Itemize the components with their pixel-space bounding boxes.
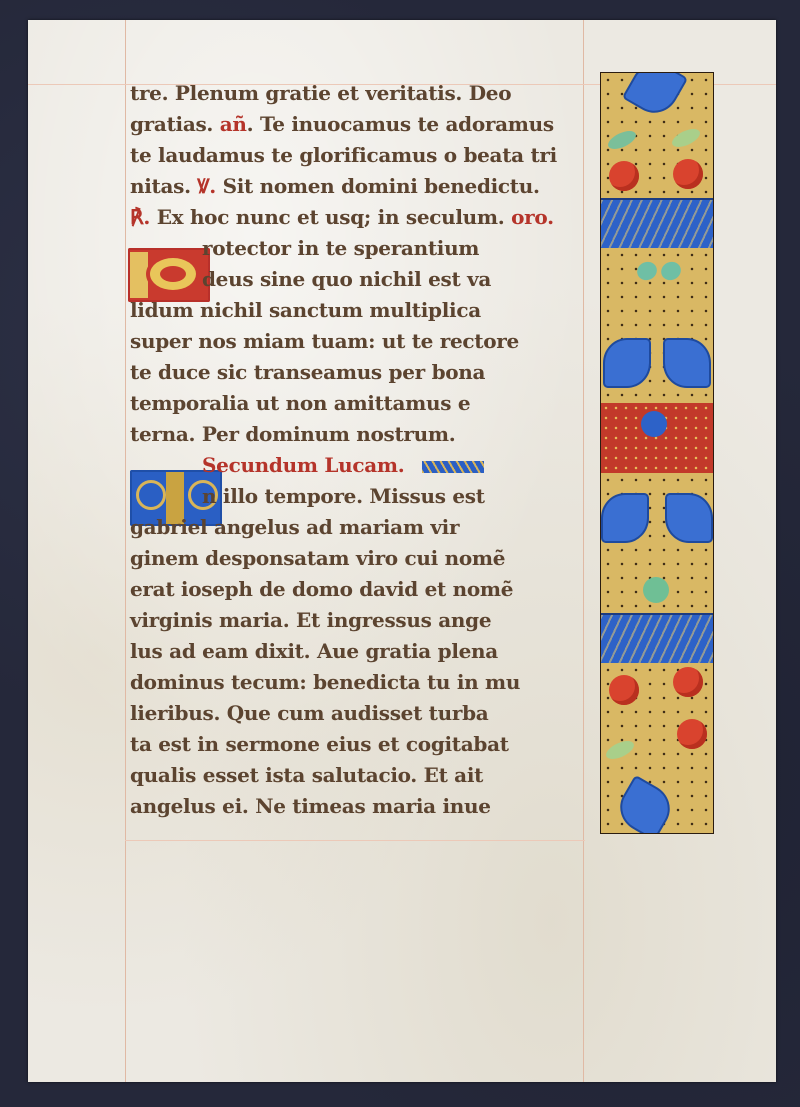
text-line: angelus ei. Ne timeas maria inue (130, 791, 600, 822)
border-red-panel (601, 403, 713, 473)
text-line: qualis esset ista salutacio. Et ait (130, 760, 600, 791)
script-text: temporalia ut non amittamus e (130, 391, 470, 415)
text-line: temporalia ut non amittamus e (130, 388, 600, 419)
script-text: ginem desponsatam viro cui nomẽ (130, 546, 505, 570)
script-text: tre. Plenum gratie et veritatis. Deo (130, 81, 511, 105)
bud-icon (634, 259, 660, 284)
ruling-line-left (125, 20, 126, 1082)
rubric-text: Secundum Lucam. (202, 453, 404, 477)
text-line: terna. Per dominum nostrum. (130, 419, 600, 450)
text-line: n illo tempore. Missus est (130, 481, 600, 512)
script-text: erat ioseph de domo david et nomẽ (130, 577, 513, 601)
rubric-text: añ (220, 112, 247, 136)
text-line: dominus tecum: benedicta tu in mu (130, 667, 600, 698)
script-text: n illo tempore. Missus est (202, 484, 485, 508)
berry-icon (673, 667, 703, 697)
border-gold-acanthus (601, 248, 713, 403)
berry-icon (609, 161, 639, 191)
script-text: angelus ei. Ne timeas maria inue (130, 794, 491, 818)
text-line: Secundum Lucam. (130, 450, 600, 481)
script-text: dominus tecum: benedicta tu in mu (130, 670, 520, 694)
text-line: gabriel angelus ad mariam vir (130, 512, 600, 543)
script-text: lieribus. Que cum audisset turba (130, 701, 488, 725)
text-line: ta est in sermone eius et cogitabat (130, 729, 600, 760)
script-text: virginis maria. Et ingressus ange (130, 608, 491, 632)
border-blue-band-2 (601, 613, 713, 665)
decorative-border (600, 72, 714, 834)
text-line: lidum nichil sanctum multiplica (130, 295, 600, 326)
berry-icon (673, 159, 703, 189)
rubric-text: Ꝟ. (197, 174, 215, 198)
text-line: nitas. Ꝟ. Sit nomen domini benedictu. (130, 171, 600, 202)
script-text: Ex hoc nunc et usq; in seculum. (150, 205, 511, 229)
script-text: super nos miam tuam: ut te rectore (130, 329, 519, 353)
script-text: qualis esset ista salutacio. Et ait (130, 763, 483, 787)
script-text: te duce sic transeamus per bona (130, 360, 485, 384)
acanthus-leaf-icon (601, 493, 649, 543)
green-berry-icon (643, 577, 669, 603)
script-text: te laudamus te glorificamus o beata tri (130, 143, 557, 167)
text-line: rotector in te sperantium (130, 233, 600, 264)
script-text: lus ad eam dixit. Aue gratia plena (130, 639, 498, 663)
border-blue-band (601, 198, 713, 250)
script-text: Sit nomen domini benedictu. (216, 174, 540, 198)
script-text: nitas. (130, 174, 197, 198)
script-text: ta est in sermone eius et cogitabat (130, 732, 509, 756)
leaf-icon (603, 737, 636, 762)
text-line: te laudamus te glorificamus o beata tri (130, 140, 600, 171)
acanthus-leaf-icon (663, 338, 711, 388)
script-text: gratias. (130, 112, 220, 136)
script-text: terna. Per dominum nostrum. (130, 422, 455, 446)
line-filler-ornament (422, 461, 484, 473)
script-text: . Te inuocamus te adoramus (247, 112, 554, 136)
border-gold-berries-top (601, 73, 713, 198)
acanthus-leaf-icon (603, 338, 651, 388)
text-line: lieribus. Que cum audisset turba (130, 698, 600, 729)
acanthus-leaf-icon (665, 493, 713, 543)
leaf-icon (605, 127, 638, 152)
berry-icon (609, 675, 639, 705)
ruling-line-bottom (125, 840, 585, 841)
acanthus-leaf-icon (611, 775, 678, 834)
rubric-text: ℟. (130, 205, 150, 229)
blue-flower-icon (641, 411, 667, 437)
text-line: gratias. añ. Te inuocamus te adoramus (130, 109, 600, 140)
text-line: erat ioseph de domo david et nomẽ (130, 574, 600, 605)
acanthus-leaf-icon (622, 72, 689, 122)
script-text: rotector in te sperantium (202, 236, 479, 260)
script-text: lidum nichil sanctum multiplica (130, 298, 481, 322)
border-gold-berries-bottom (601, 663, 713, 833)
bud-icon (658, 259, 684, 284)
text-line: ginem desponsatam viro cui nomẽ (130, 543, 600, 574)
berry-icon (677, 719, 707, 749)
rubric-text: oro. (511, 205, 554, 229)
text-column: tre. Plenum gratie et veritatis. Deograt… (130, 78, 600, 822)
text-line: tre. Plenum gratie et veritatis. Deo (130, 78, 600, 109)
text-line: super nos miam tuam: ut te rectore (130, 326, 600, 357)
text-line: te duce sic transeamus per bona (130, 357, 600, 388)
text-line: virginis maria. Et ingressus ange (130, 605, 600, 636)
script-text: deus sine quo nichil est va (202, 267, 491, 291)
script-text: gabriel angelus ad mariam vir (130, 515, 459, 539)
leaf-icon (669, 125, 702, 150)
text-line: lus ad eam dixit. Aue gratia plena (130, 636, 600, 667)
border-gold-acanthus-2 (601, 473, 713, 613)
text-line: ℟. Ex hoc nunc et usq; in seculum. oro. (130, 202, 600, 233)
text-line: deus sine quo nichil est va (130, 264, 600, 295)
